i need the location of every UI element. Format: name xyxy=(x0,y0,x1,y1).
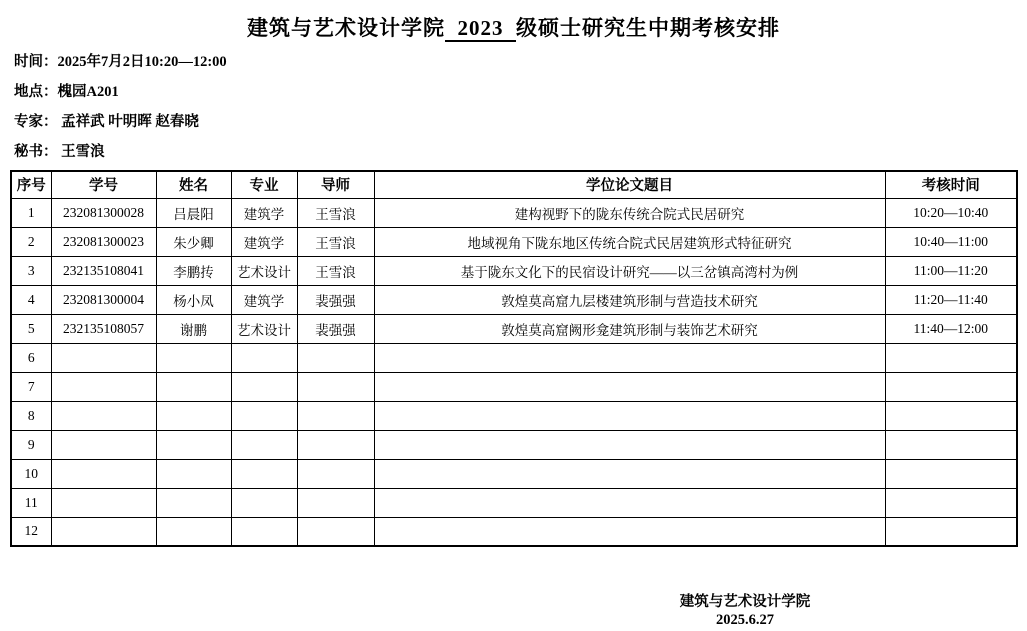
header-student-id: 学号 xyxy=(51,171,156,198)
cell-assessment-time xyxy=(885,372,1017,401)
cell-index: 3 xyxy=(11,256,51,285)
cell-thesis-title xyxy=(374,372,885,401)
table-row: 6 xyxy=(11,343,1017,372)
table-row: 4232081300004杨小凤建筑学裴强强敦煌莫高窟九层楼建筑形制与营造技术研… xyxy=(11,285,1017,314)
cell-name xyxy=(156,430,231,459)
cell-index: 10 xyxy=(11,459,51,488)
table-row: 11 xyxy=(11,488,1017,517)
cell-student-id xyxy=(51,401,156,430)
document-page: 建筑与艺术设计学院 2023 级硕士研究生中期考核安排 时间：2025年7月2日… xyxy=(0,0,1027,631)
cell-student-id xyxy=(51,343,156,372)
table-row: 7 xyxy=(11,372,1017,401)
table-header: 序号 学号 姓名 专业 导师 学位论文题目 考核时间 xyxy=(11,171,1017,198)
cell-assessment-time xyxy=(885,430,1017,459)
cell-advisor xyxy=(297,459,374,488)
cell-name xyxy=(156,401,231,430)
cell-assessment-time: 11:40—12:00 xyxy=(885,314,1017,343)
table-row: 5232135108057谢鹏艺术设计裴强强敦煌莫高窟阙形龛建筑形制与装饰艺术研… xyxy=(11,314,1017,343)
cell-advisor: 王雪浪 xyxy=(297,198,374,227)
header-assessment-time: 考核时间 xyxy=(885,171,1017,198)
page-title: 建筑与艺术设计学院 2023 级硕士研究生中期考核安排 xyxy=(0,0,1027,42)
cell-advisor xyxy=(297,401,374,430)
cell-major: 艺术设计 xyxy=(231,314,297,343)
cell-assessment-time: 11:20—11:40 xyxy=(885,285,1017,314)
cell-thesis-title: 建构视野下的陇东传统合院式民居研究 xyxy=(374,198,885,227)
cell-major: 建筑学 xyxy=(231,285,297,314)
table-row: 1232081300028吕晨阳建筑学王雪浪建构视野下的陇东传统合院式民居研究1… xyxy=(11,198,1017,227)
cell-index: 7 xyxy=(11,372,51,401)
cell-student-id: 232135108041 xyxy=(51,256,156,285)
table-body: 1232081300028吕晨阳建筑学王雪浪建构视野下的陇东传统合院式民居研究1… xyxy=(11,198,1017,546)
cell-name xyxy=(156,459,231,488)
footer-date: 2025.6.27 xyxy=(597,611,893,629)
cell-major xyxy=(231,343,297,372)
table-row: 2232081300023朱少卿建筑学王雪浪地域视角下陇东地区传统合院式民居建筑… xyxy=(11,227,1017,256)
cell-index: 2 xyxy=(11,227,51,256)
cell-assessment-time xyxy=(885,459,1017,488)
cell-index: 4 xyxy=(11,285,51,314)
cell-student-id: 232081300028 xyxy=(51,198,156,227)
header-thesis-title: 学位论文题目 xyxy=(374,171,885,198)
location-value: 槐园A201 xyxy=(58,84,119,100)
cell-index: 6 xyxy=(11,343,51,372)
cell-student-id xyxy=(51,488,156,517)
time-value: 2025年7月2日10:20—12:00 xyxy=(58,54,227,70)
location-label: 地点： xyxy=(14,84,58,100)
table-row: 9 xyxy=(11,430,1017,459)
cell-advisor: 裴强强 xyxy=(297,314,374,343)
cell-major xyxy=(231,488,297,517)
cell-major xyxy=(231,459,297,488)
cell-thesis-title: 敦煌莫高窟阙形龛建筑形制与装饰艺术研究 xyxy=(374,314,885,343)
cell-advisor xyxy=(297,343,374,372)
cell-assessment-time xyxy=(885,517,1017,546)
cell-major xyxy=(231,372,297,401)
cell-index: 11 xyxy=(11,488,51,517)
cell-index: 5 xyxy=(11,314,51,343)
cell-advisor xyxy=(297,430,374,459)
cell-student-id xyxy=(51,517,156,546)
meta-secretary: 秘书： 王雪浪 xyxy=(14,137,1027,167)
cell-advisor xyxy=(297,372,374,401)
table-row: 10 xyxy=(11,459,1017,488)
cell-student-id: 232081300004 xyxy=(51,285,156,314)
header-major: 专业 xyxy=(231,171,297,198)
cell-thesis-title xyxy=(374,459,885,488)
cell-assessment-time xyxy=(885,343,1017,372)
meta-experts: 专家： 孟祥武 叶明晖 赵春晓 xyxy=(14,107,1027,137)
cell-name xyxy=(156,343,231,372)
cell-thesis-title: 基于陇东文化下的民宿设计研究——以三岔镇高湾村为例 xyxy=(374,256,885,285)
meta-time: 时间：2025年7月2日10:20—12:00 xyxy=(14,47,1027,77)
header-advisor: 导师 xyxy=(297,171,374,198)
cell-student-id xyxy=(51,430,156,459)
cell-thesis-title xyxy=(374,430,885,459)
cell-major: 建筑学 xyxy=(231,227,297,256)
cell-advisor xyxy=(297,488,374,517)
cell-student-id xyxy=(51,459,156,488)
cell-assessment-time: 10:20—10:40 xyxy=(885,198,1017,227)
cell-assessment-time: 11:00—11:20 xyxy=(885,256,1017,285)
cell-name xyxy=(156,372,231,401)
title-part1: 建筑与艺术设计学院 xyxy=(247,16,445,40)
cell-name: 吕晨阳 xyxy=(156,198,231,227)
cell-major: 艺术设计 xyxy=(231,256,297,285)
title-part2: 级硕士研究生中期考核安排 xyxy=(516,16,780,40)
cell-name: 杨小凤 xyxy=(156,285,231,314)
cell-student-id: 232081300023 xyxy=(51,227,156,256)
meta-location: 地点：槐园A201 xyxy=(14,77,1027,107)
cell-assessment-time xyxy=(885,401,1017,430)
cell-thesis-title xyxy=(374,517,885,546)
secretary-value: 王雪浪 xyxy=(58,144,105,160)
cell-advisor: 裴强强 xyxy=(297,285,374,314)
cell-thesis-title xyxy=(374,488,885,517)
cell-index: 1 xyxy=(11,198,51,227)
table-header-row: 序号 学号 姓名 专业 导师 学位论文题目 考核时间 xyxy=(11,171,1017,198)
secretary-label: 秘书： xyxy=(14,144,58,160)
cell-student-id xyxy=(51,372,156,401)
cell-assessment-time: 10:40—11:00 xyxy=(885,227,1017,256)
cell-major xyxy=(231,401,297,430)
cell-advisor xyxy=(297,517,374,546)
cell-index: 9 xyxy=(11,430,51,459)
cell-major: 建筑学 xyxy=(231,198,297,227)
cell-thesis-title: 敦煌莫高窟九层楼建筑形制与营造技术研究 xyxy=(374,285,885,314)
header-name: 姓名 xyxy=(156,171,231,198)
cell-index: 8 xyxy=(11,401,51,430)
experts-label: 专家： xyxy=(14,114,58,130)
cell-name: 李鹏抟 xyxy=(156,256,231,285)
cell-thesis-title xyxy=(374,401,885,430)
header-index: 序号 xyxy=(11,171,51,198)
cell-index: 12 xyxy=(11,517,51,546)
experts-value: 孟祥武 叶明晖 赵春晓 xyxy=(58,114,199,130)
cell-assessment-time xyxy=(885,488,1017,517)
cell-name: 朱少卿 xyxy=(156,227,231,256)
footer-org: 建筑与艺术设计学院 xyxy=(597,593,893,611)
cell-student-id: 232135108057 xyxy=(51,314,156,343)
table-row: 12 xyxy=(11,517,1017,546)
cell-advisor: 王雪浪 xyxy=(297,256,374,285)
table-row: 3232135108041李鹏抟艺术设计王雪浪基于陇东文化下的民宿设计研究——以… xyxy=(11,256,1017,285)
cell-thesis-title xyxy=(374,343,885,372)
cell-name xyxy=(156,488,231,517)
document-footer: 建筑与艺术设计学院 2025.6.27 xyxy=(597,593,893,629)
table-row: 8 xyxy=(11,401,1017,430)
cell-thesis-title: 地域视角下陇东地区传统合院式民居建筑形式特征研究 xyxy=(374,227,885,256)
cell-advisor: 王雪浪 xyxy=(297,227,374,256)
cell-major xyxy=(231,517,297,546)
meta-block: 时间：2025年7月2日10:20—12:00 地点：槐园A201 专家： 孟祥… xyxy=(14,47,1027,167)
cell-name: 谢鹏 xyxy=(156,314,231,343)
title-grade-underlined: 2023 xyxy=(445,16,516,42)
cell-name xyxy=(156,517,231,546)
time-label: 时间： xyxy=(14,54,58,70)
cell-major xyxy=(231,430,297,459)
assessment-schedule-table: 序号 学号 姓名 专业 导师 学位论文题目 考核时间 1232081300028… xyxy=(10,170,1018,547)
